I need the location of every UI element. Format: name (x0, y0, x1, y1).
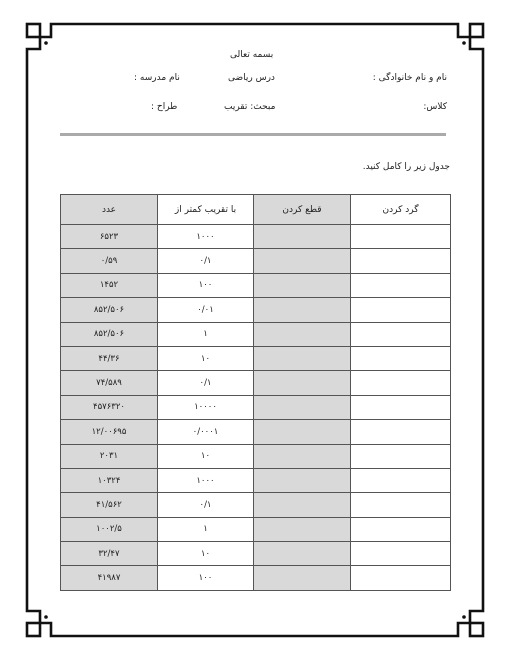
number-cell: ۱۰۰۲/۵ (61, 517, 158, 541)
precision-cell: ۱ (158, 322, 254, 346)
number-cell: ۷۴/۵۸۹ (61, 371, 158, 395)
table-row: ۱۰۰۲/۵ ۱ (61, 517, 451, 541)
precision-cell: ۰/۰۱ (158, 298, 254, 322)
number-cell: ۴۵۷۶۳۲۰ (61, 395, 158, 419)
school-name-label: نام مدرسه : (134, 73, 180, 83)
page-title: بسمه تعالی (230, 50, 273, 60)
precision-cell: ۱۰ (158, 444, 254, 468)
truncate-answer-cell[interactable] (254, 395, 351, 419)
precision-cell: ۱ (158, 517, 254, 541)
truncate-answer-cell[interactable] (254, 322, 351, 346)
round-answer-cell[interactable] (351, 249, 451, 273)
round-answer-cell[interactable] (351, 346, 451, 370)
table-row: ۸۵۲/۵۰۶ ۰/۰۱ (61, 298, 451, 322)
number-cell: ۸۵۲/۵۰۶ (61, 322, 158, 346)
number-cell: ۱۴۵۲ (61, 273, 158, 297)
precision-cell: ۱۰ (158, 346, 254, 370)
table-row: ۰/۵۹ ۰/۱ (61, 249, 451, 273)
precision-cell: ۱۰۰ (158, 273, 254, 297)
truncate-answer-cell[interactable] (254, 493, 351, 517)
round-answer-cell[interactable] (351, 225, 451, 249)
number-cell: ۴۱۹۸۷ (61, 566, 158, 590)
truncate-answer-cell[interactable] (254, 566, 351, 590)
header-divider (60, 133, 446, 136)
number-cell: ۴۴/۳۶ (61, 346, 158, 370)
table-row: ۱۰۳۲۴ ۱۰۰۰ (61, 468, 451, 492)
number-cell: ۳۲/۴۷ (61, 542, 158, 566)
corner-ornament-square-icon (27, 24, 40, 37)
column-header-number: عدد (61, 195, 158, 225)
precision-cell: ۰/۱ (158, 493, 254, 517)
subject-label: درس ریاضی (228, 73, 275, 83)
column-header-round: گرد کردن (351, 195, 451, 225)
precision-cell: ۱۰ (158, 542, 254, 566)
number-cell: ۱۲/۰۰۶۹۵ (61, 420, 158, 444)
approximation-table: عدد با تقریب کمتر از قطع کردن گرد کردن ۶… (60, 194, 451, 591)
number-cell: ۴۱/۵۶۲ (61, 493, 158, 517)
precision-cell: ۰/۱ (158, 249, 254, 273)
truncate-answer-cell[interactable] (254, 420, 351, 444)
number-cell: ۶۵۲۳ (61, 225, 158, 249)
number-cell: ۱۰۳۲۴ (61, 468, 158, 492)
truncate-answer-cell[interactable] (254, 468, 351, 492)
column-header-precision: با تقریب کمتر از (158, 195, 254, 225)
truncate-answer-cell[interactable] (254, 346, 351, 370)
round-answer-cell[interactable] (351, 517, 451, 541)
truncate-answer-cell[interactable] (254, 444, 351, 468)
table-row: ۷۴/۵۸۹ ۰/۱ (61, 371, 451, 395)
round-answer-cell[interactable] (351, 273, 451, 297)
number-cell: ۸۵۲/۵۰۶ (61, 298, 158, 322)
truncate-answer-cell[interactable] (254, 273, 351, 297)
table-header-row: عدد با تقریب کمتر از قطع کردن گرد کردن (61, 195, 451, 225)
precision-cell: ۱۰۰ (158, 566, 254, 590)
table-row: ۲۰۳۱ ۱۰ (61, 444, 451, 468)
round-answer-cell[interactable] (351, 395, 451, 419)
round-answer-cell[interactable] (351, 298, 451, 322)
round-answer-cell[interactable] (351, 322, 451, 346)
table-row: ۱۲/۰۰۶۹۵ ۰/۰۰۰۱ (61, 420, 451, 444)
table-row: ۴۱/۵۶۲ ۰/۱ (61, 493, 451, 517)
precision-cell: ۰/۱ (158, 371, 254, 395)
topic-label: مبحث: تقریب (224, 102, 275, 112)
round-answer-cell[interactable] (351, 371, 451, 395)
precision-cell: ۱۰۰۰ (158, 468, 254, 492)
table-row: ۶۵۲۳ ۱۰۰۰ (61, 225, 451, 249)
student-name-label: نام و نام خانوادگی : (373, 73, 447, 83)
number-cell: ۲۰۳۱ (61, 444, 158, 468)
truncate-answer-cell[interactable] (254, 517, 351, 541)
table-row: ۱۴۵۲ ۱۰۰ (61, 273, 451, 297)
truncate-answer-cell[interactable] (254, 371, 351, 395)
class-label: کلاس: (423, 102, 447, 112)
truncate-answer-cell[interactable] (254, 249, 351, 273)
round-answer-cell[interactable] (351, 542, 451, 566)
round-answer-cell[interactable] (351, 444, 451, 468)
designer-label: طراح : (151, 102, 177, 112)
table-row: ۳۲/۴۷ ۱۰ (61, 542, 451, 566)
round-answer-cell[interactable] (351, 493, 451, 517)
round-answer-cell[interactable] (351, 420, 451, 444)
truncate-answer-cell[interactable] (254, 298, 351, 322)
truncate-answer-cell[interactable] (254, 542, 351, 566)
truncate-answer-cell[interactable] (254, 225, 351, 249)
precision-cell: ۰/۰۰۰۱ (158, 420, 254, 444)
precision-cell: ۱۰۰۰ (158, 225, 254, 249)
column-header-truncate: قطع کردن (254, 195, 351, 225)
number-cell: ۰/۵۹ (61, 249, 158, 273)
round-answer-cell[interactable] (351, 468, 451, 492)
table-row: ۴۴/۳۶ ۱۰ (61, 346, 451, 370)
table-row: ۴۱۹۸۷ ۱۰۰ (61, 566, 451, 590)
instruction-text: جدول زیر را کامل کنید. (363, 162, 450, 172)
round-answer-cell[interactable] (351, 566, 451, 590)
table-row: ۴۵۷۶۳۲۰ ۱۰۰۰۰ (61, 395, 451, 419)
precision-cell: ۱۰۰۰۰ (158, 395, 254, 419)
table-row: ۸۵۲/۵۰۶ ۱ (61, 322, 451, 346)
